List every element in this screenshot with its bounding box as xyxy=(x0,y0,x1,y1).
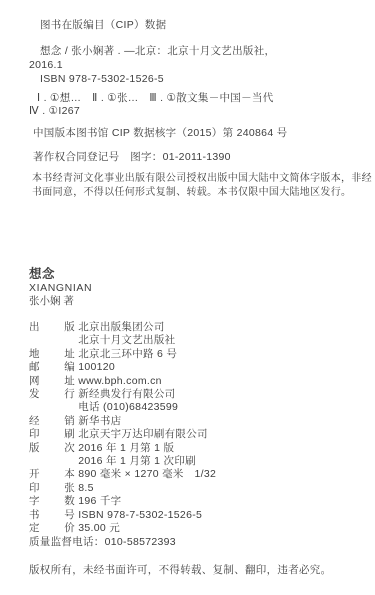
colophon-row: 2016 年 1 月第 1 次印刷 xyxy=(29,455,357,468)
quality-phone-line: 质量监督电话：010-58572393 xyxy=(29,536,357,549)
cip-class-line2: Ⅳ . ①I267 xyxy=(29,105,357,118)
colophon-label: 出版 xyxy=(29,321,75,334)
license-paragraph: 本书经青河文化事业出版有限公司授权出版中国大陆中文简体字版本，非经 书面同意，不… xyxy=(32,172,357,200)
cip-heading: 图书在版编目（CIP）数据 xyxy=(40,18,357,32)
colophon-row: 印刷 北京天宇万达印刷有限公司 xyxy=(29,428,357,441)
cip-registry-line: 中国版本图书馆 CIP 数据核字（2015）第 240864 号 xyxy=(33,126,357,140)
colophon-label: 开本 xyxy=(29,468,75,481)
colophon-value: 新华书店 xyxy=(78,415,121,428)
colophon-row: 出版 北京出版集团公司 xyxy=(29,321,357,334)
colophon-value: 北京出版集团公司 xyxy=(78,321,164,334)
colophon-row: 经销 新华书店 xyxy=(29,415,357,428)
cip-year-line: 2016.1 xyxy=(29,58,357,72)
colophon-value: 2016 年 1 月第 1 版 xyxy=(78,442,174,455)
colophon-row: 发行 新经典发行有限公司 xyxy=(29,388,357,401)
colophon-row: 网址 www.bph.com.cn xyxy=(29,375,357,388)
cip-classification: Ⅰ . ①想… Ⅱ . ①张… Ⅲ . ①散文集－中国－当代 Ⅳ . ①I267 xyxy=(29,92,357,118)
cip-book-line: 想念 / 张小娴著 . —北京：北京十月文艺出版社， xyxy=(40,44,357,58)
copyright-page: 图书在版编目（CIP）数据 想念 / 张小娴著 . —北京：北京十月文艺出版社，… xyxy=(0,0,375,595)
colophon-row: 电话 (010)68423599 xyxy=(29,401,357,414)
colophon-row: 版次 2016 年 1 月第 1 版 xyxy=(29,442,357,455)
colophon-label: 印张 xyxy=(29,482,75,495)
colophon-row: 开本 890 毫米 × 1270 毫米 1/32 xyxy=(29,468,357,481)
colophon-label: 定价 xyxy=(29,522,75,535)
colophon-value: 8.5 xyxy=(78,482,94,495)
colophon-value: 新经典发行有限公司 xyxy=(78,388,175,401)
license-line1: 本书经青河文化事业出版有限公司授权出版中国大陆中文简体字版本，非经 xyxy=(32,172,357,186)
colophon-row: 北京十月文艺出版社 xyxy=(29,334,357,347)
colophon-label: 经销 xyxy=(29,415,75,428)
colophon-value: 196 千字 xyxy=(78,495,121,508)
colophon-value: www.bph.com.cn xyxy=(78,375,162,388)
colophon-row: 地址 北京北三环中路 6 号 xyxy=(29,348,357,361)
colophon-value: 北京天宇万达印刷有限公司 xyxy=(78,428,208,441)
colophon-value: 890 毫米 × 1270 毫米 1/32 xyxy=(78,468,216,481)
colophon-value: 电话 (010)68423599 xyxy=(78,401,178,414)
cip-class-line1: Ⅰ . ①想… Ⅱ . ①张… Ⅲ . ①散文集－中国－当代 xyxy=(37,92,357,105)
colophon-value: 2016 年 1 月第 1 次印刷 xyxy=(78,455,196,468)
colophon-label: 地址 xyxy=(29,348,75,361)
book-author: 张小娴 著 xyxy=(29,295,357,308)
copyright-notice: 版权所有，未经书面许可，不得转载、复制、翻印，违者必究。 xyxy=(29,563,357,577)
colophon-label: 书号 xyxy=(29,509,75,522)
copyright-registration-line: 著作权合同登记号 图字：01-2011-1390 xyxy=(33,150,357,164)
title-block: 想念 XIANGNIAN 张小娴 著 xyxy=(29,266,357,308)
cip-block: 图书在版编目（CIP）数据 想念 / 张小娴著 . —北京：北京十月文艺出版社，… xyxy=(29,18,357,200)
colophon-row: 印张 8.5 xyxy=(29,482,357,495)
colophon-value: 35.00 元 xyxy=(78,522,120,535)
colophon-label: 网址 xyxy=(29,375,75,388)
colophon-list: 出版 北京出版集团公司 北京十月文艺出版社 地址 北京北三环中路 6 号 邮编 … xyxy=(29,321,357,536)
book-title-pinyin: XIANGNIAN xyxy=(29,282,357,295)
colophon-value: 北京北三环中路 6 号 xyxy=(78,348,177,361)
colophon-value: ISBN 978-7-5302-1526-5 xyxy=(78,509,202,522)
colophon-label: 印刷 xyxy=(29,428,75,441)
license-line2: 书面同意，不得以任何形式复制、转载。本书仅限中国大陆地区发行。 xyxy=(32,186,357,200)
colophon-row: 邮编 100120 xyxy=(29,361,357,374)
colophon-row: 字数 196 千字 xyxy=(29,495,357,508)
colophon-value: 100120 xyxy=(78,361,115,374)
cip-book-info: 想念 / 张小娴著 . —北京：北京十月文艺出版社， 2016.1 ISBN 9… xyxy=(29,44,357,86)
colophon-label: 字数 xyxy=(29,495,75,508)
colophon-label: 版次 xyxy=(29,442,75,455)
colophon-row: 书号 ISBN 978-7-5302-1526-5 xyxy=(29,509,357,522)
colophon-value: 北京十月文艺出版社 xyxy=(78,334,175,347)
book-title: 想念 xyxy=(29,266,357,282)
colophon-row: 定价 35.00 元 xyxy=(29,522,357,535)
cip-isbn-line: ISBN 978-7-5302-1526-5 xyxy=(40,72,357,86)
colophon-label: 发行 xyxy=(29,388,75,401)
colophon-label: 邮编 xyxy=(29,361,75,374)
